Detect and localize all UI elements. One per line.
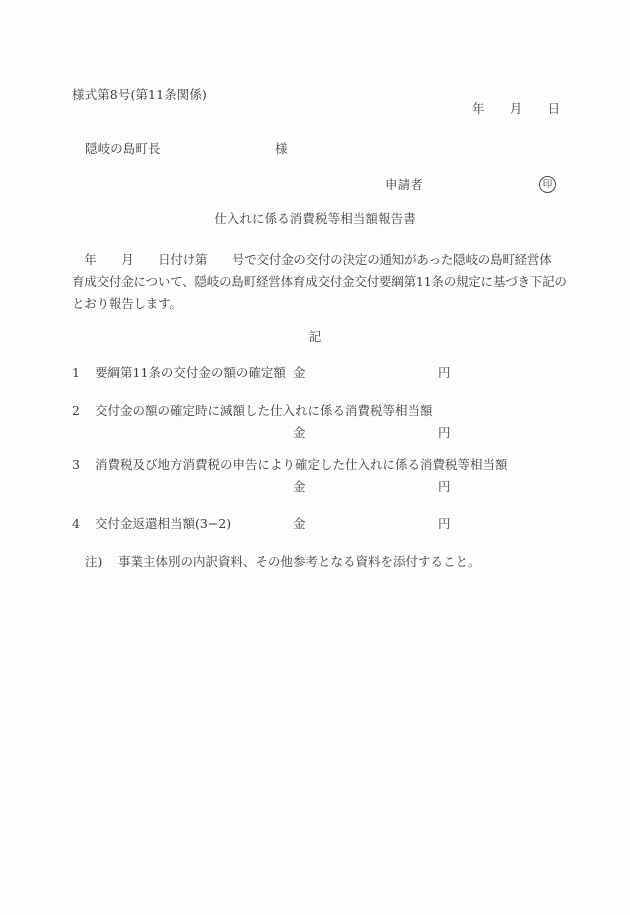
body-paragraph-line: 育成交付金について、隠岐の島町経営体育成交付金交付要綱第11条の規定に基づき下記… [72, 274, 567, 290]
amount-unit: 円 [438, 365, 451, 381]
body-paragraph-line: 年 月 日付け第 号で交付金の交付の決定の通知があった隠岐の島町経営体 [72, 252, 552, 268]
date-line: 年 月 日 [472, 101, 560, 117]
item-label: 交付金の額の確定時に減額した仕入れに係る消費税等相当額 [95, 403, 433, 419]
report-item-2: 2 交付金の額の確定時に減額した仕入れに係る消費税等相当額 [0, 403, 630, 419]
addressee-name: 隠岐の島町長 [85, 141, 161, 157]
item-number: 1 [72, 365, 80, 381]
body-paragraph-line: とおり報告します。 [72, 296, 182, 312]
footnote: 注) 事業主体別の内訳資料、その他参考となる資料を添付すること。 [0, 554, 630, 570]
item-number: 4 [72, 516, 80, 532]
amount-prefix: 金 [293, 516, 306, 532]
footnote-label: 注) [85, 554, 102, 570]
report-item-3: 3 消費税及び地方消費税の申告により確定した仕入れに係る消費税等相当額 [0, 457, 630, 473]
section-marker: 記 [0, 329, 630, 345]
document-page: 様式第8号(第11条関係) 年 月 日 隠岐の島町長 様 申請者 印 仕入れに係… [0, 0, 630, 915]
amount-prefix: 金 [293, 479, 306, 495]
report-item-4: 4 交付金返還相当額(3−2) 金 円 [0, 516, 630, 532]
report-item-2-amount: 金 円 [0, 425, 630, 441]
amount-prefix: 金 [293, 365, 306, 381]
item-label: 要綱第11条の交付金の額の確定額 [95, 365, 286, 381]
addressee-honorific: 様 [275, 141, 288, 157]
item-number: 3 [72, 457, 80, 473]
seal-icon: 印 [539, 176, 556, 193]
applicant-label: 申請者 [385, 177, 423, 193]
item-label: 消費税及び地方消費税の申告により確定した仕入れに係る消費税等相当額 [95, 457, 508, 473]
form-number: 様式第8号(第11条関係) [72, 87, 207, 103]
document-title: 仕入れに係る消費税等相当額報告書 [0, 211, 630, 227]
report-item-3-amount: 金 円 [0, 479, 630, 495]
amount-prefix: 金 [293, 425, 306, 441]
item-number: 2 [72, 403, 80, 419]
amount-unit: 円 [438, 425, 451, 441]
amount-unit: 円 [438, 516, 451, 532]
amount-unit: 円 [438, 479, 451, 495]
report-item-1: 1 要綱第11条の交付金の額の確定額 金 円 [0, 365, 630, 381]
footnote-text: 事業主体別の内訳資料、その他参考となる資料を添付すること。 [118, 554, 481, 570]
item-label: 交付金返還相当額(3−2) [95, 516, 231, 532]
